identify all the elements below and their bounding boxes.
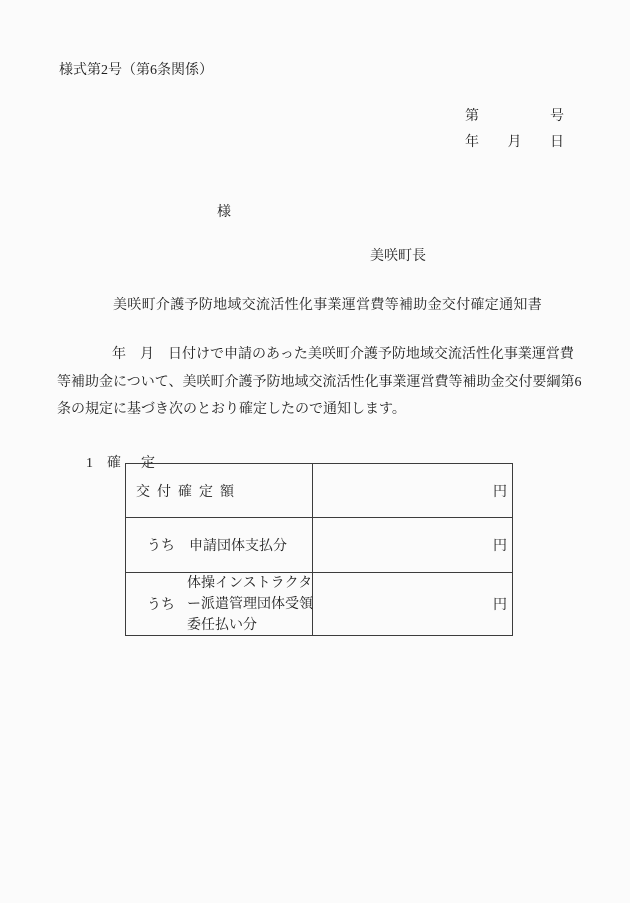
- table-row: うち 体操インストラクタ ー派遣管理団体受領 委任払い分 円: [126, 572, 512, 635]
- body-text-line: 等補助金について、美咲町介護予防地域交流活性化事業運営費等補助金交付要綱第6: [57, 376, 581, 390]
- row-label: うち 申請団体支払分: [126, 518, 313, 572]
- row-amount-unit: 円: [313, 464, 512, 517]
- form-number: 様式第2号（第6条関係）: [59, 64, 213, 78]
- sender-title: 美咲町長: [370, 250, 426, 264]
- table-row: 交付確定額 円: [126, 464, 512, 517]
- row-label-prefix: うち: [147, 594, 187, 614]
- body-text-line: 条の規定に基づき次のとおり確定したので通知します。: [57, 403, 406, 417]
- table-row: うち 申請団体支払分 円: [126, 517, 512, 572]
- section-number: 1: [86, 456, 93, 471]
- date-year-label: 年: [465, 136, 479, 150]
- grant-confirmation-table: 交付確定額 円 うち 申請団体支払分 円 うち 体操インストラクタ ー派遣管理団…: [125, 463, 513, 636]
- doc-number-prefix: 第: [465, 110, 479, 124]
- document-page: 様式第2号（第6条関係） 第 号 年 月 日 様 美咲町長 美咲町介護予防地域交…: [0, 0, 630, 903]
- date-month-label: 月: [508, 136, 522, 150]
- body-text-line: 年 月 日付けで申請のあった美咲町介護予防地域交流活性化事業運営費: [112, 348, 574, 362]
- document-title: 美咲町介護予防地域交流活性化事業運営費等補助金交付確定通知書: [113, 299, 542, 313]
- row-label: うち 体操インストラクタ ー派遣管理団体受領 委任払い分: [126, 573, 313, 635]
- row-label-line: 委任払い分: [187, 615, 313, 636]
- row-label-line: ー派遣管理団体受領: [187, 594, 313, 615]
- doc-number-line: 第 号: [465, 110, 564, 124]
- row-label: 交付確定額: [126, 464, 313, 517]
- doc-number-suffix: 号: [550, 110, 564, 124]
- date-day-label: 日: [550, 136, 564, 150]
- row-label-lines: 体操インストラクタ ー派遣管理団体受領 委任払い分: [187, 573, 313, 636]
- row-label-line: 体操インストラクタ: [187, 573, 313, 594]
- addressee-honorific: 様: [217, 206, 231, 220]
- row-amount-unit: 円: [313, 518, 512, 572]
- row-amount-unit: 円: [313, 573, 512, 635]
- date-line: 年 月 日: [465, 136, 564, 150]
